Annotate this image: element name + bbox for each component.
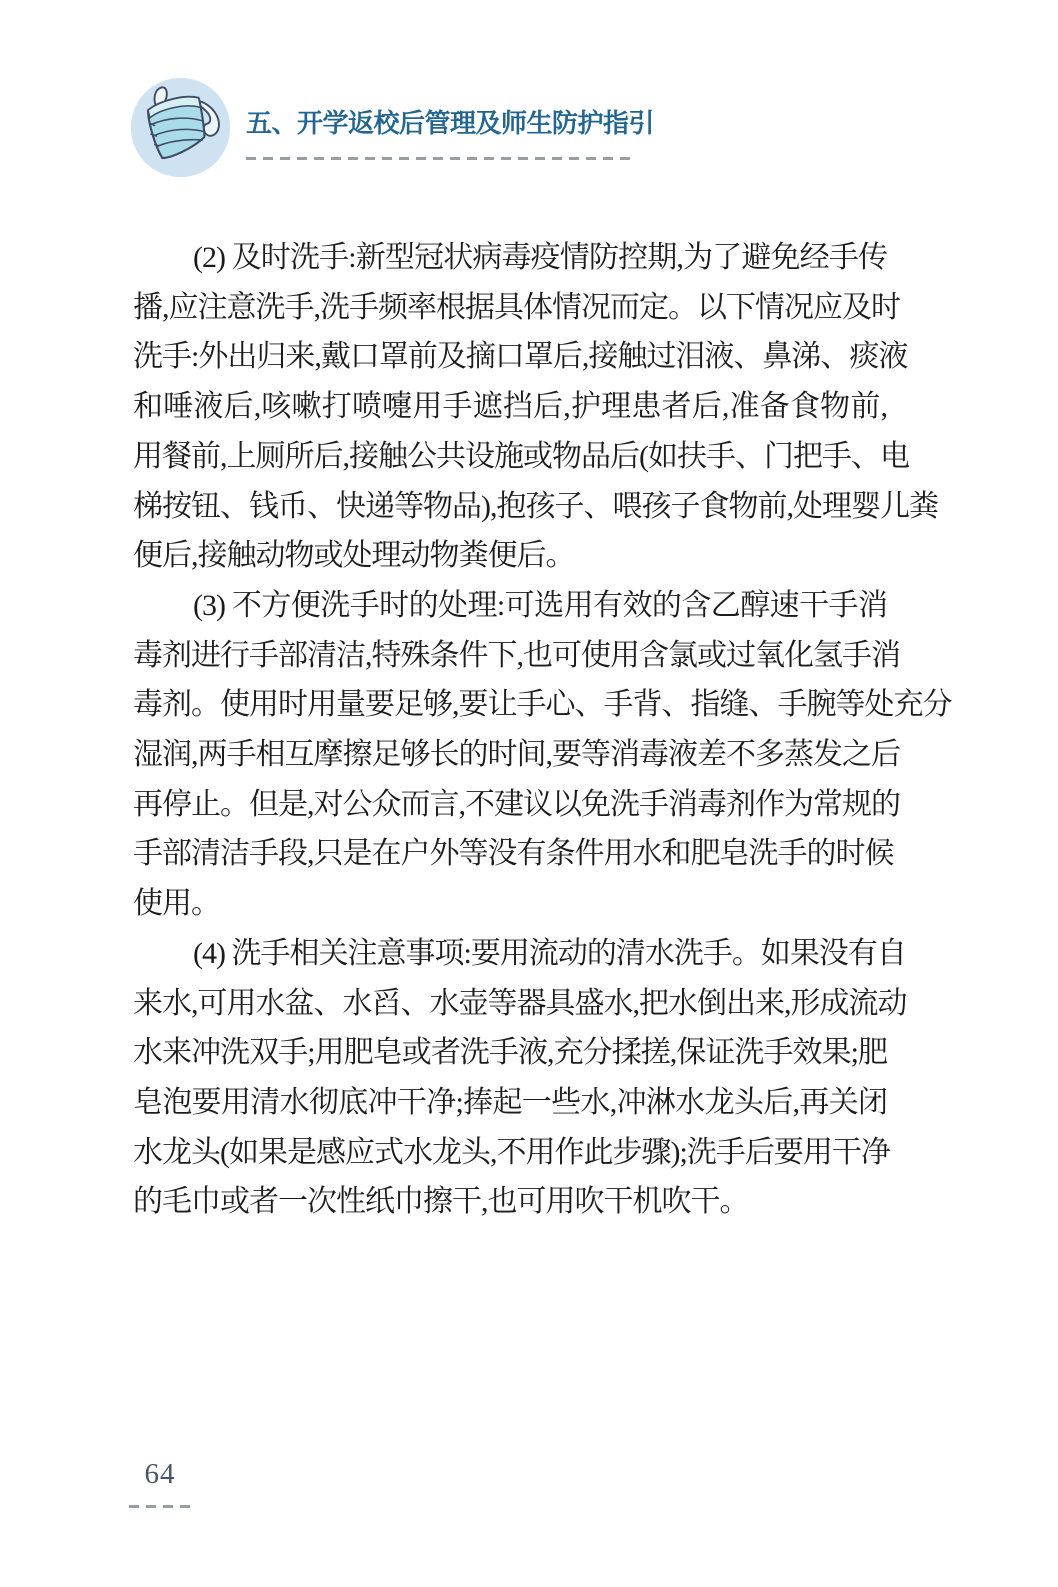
text-line: 毒剂。使用时用量要足够,要让手心、手背、指缝、手腕等处充分 (133, 680, 887, 730)
text-line: 梯按钮、钱币、快递等物品),抱孩子、喂孩子食物前,处理婴儿粪 (133, 482, 887, 532)
header-text: 五、开学返校后管理及师生防护指引 (246, 75, 654, 160)
paragraph-2: (2) 及时洗手:新型冠状病毒疫情防控期,为了避免经手传 播,应注意洗手,洗手频… (133, 233, 887, 581)
text-line: 用餐前,上厕所后,接触公共设施或物品后(如扶手、门把手、电 (133, 432, 887, 482)
text-line: 水龙头(如果是感应式水龙头,不用作此步骤);洗手后要用干净 (133, 1128, 887, 1178)
chapter-header: 五、开学返校后管理及师生防护指引 (128, 75, 654, 180)
header-dashed-rule (246, 157, 634, 160)
text-line: (2) 及时洗手:新型冠状病毒疫情防控期,为了避免经手传 (133, 233, 887, 283)
body-text: (2) 及时洗手:新型冠状病毒疫情防控期,为了避免经手传 播,应注意洗手,洗手频… (133, 233, 887, 1227)
face-mask-icon (128, 75, 233, 180)
paragraph-3: (3) 不方便洗手时的处理:可选用有效的含乙醇速干手消 毒剂进行手部清洁,特殊条… (133, 581, 887, 929)
text-line: 来水,可用水盆、水舀、水壶等器具盛水,把水倒出来,形成流动 (133, 979, 887, 1029)
page-number: 64 (128, 1458, 192, 1491)
footer-dashed-rule (129, 1505, 191, 1508)
text-line: 手部清洁手段,只是在户外等没有条件用水和肥皂洗手的时候 (133, 829, 887, 879)
page-footer: 64 (128, 1458, 192, 1508)
text-line: 湿润,两手相互摩擦足够长的时间,要等消毒液差不多蒸发之后 (133, 730, 887, 780)
chapter-title: 五、开学返校后管理及师生防护指引 (246, 103, 654, 140)
text-line: 毒剂进行手部清洁,特殊条件下,也可使用含氯或过氧化氢手消 (133, 631, 887, 681)
text-line: 播,应注意洗手,洗手频率根据具体情况而定。以下情况应及时 (133, 283, 887, 333)
text-line: 再停止。但是,对公众而言,不建议以免洗手消毒剂作为常规的 (133, 780, 887, 830)
text-line: 和唾液后,咳嗽打喷嚏用手遮挡后,护理患者后,准备食物前, (133, 382, 887, 432)
text-line: 的毛巾或者一次性纸巾擦干,也可用吹干机吹干。 (133, 1177, 887, 1227)
text-line: 使用。 (133, 879, 887, 929)
text-line: 皂泡要用清水彻底冲干净;捧起一些水,冲淋水龙头后,再关闭 (133, 1078, 887, 1128)
text-line: (3) 不方便洗手时的处理:可选用有效的含乙醇速干手消 (133, 581, 887, 631)
text-line: 洗手:外出归来,戴口罩前及摘口罩后,接触过泪液、鼻涕、痰液 (133, 332, 887, 382)
text-line: (4) 洗手相关注意事项:要用流动的清水洗手。如果没有自 (133, 929, 887, 979)
text-line: 水来冲洗双手;用肥皂或者洗手液,充分揉搓,保证洗手效果;肥 (133, 1028, 887, 1078)
document-page: 五、开学返校后管理及师生防护指引 (2) 及时洗手:新型冠状病毒疫情防控期,为了… (0, 0, 1058, 1587)
text-line: 便后,接触动物或处理动物粪便后。 (133, 531, 887, 581)
paragraph-4: (4) 洗手相关注意事项:要用流动的清水洗手。如果没有自 来水,可用水盆、水舀、… (133, 929, 887, 1227)
